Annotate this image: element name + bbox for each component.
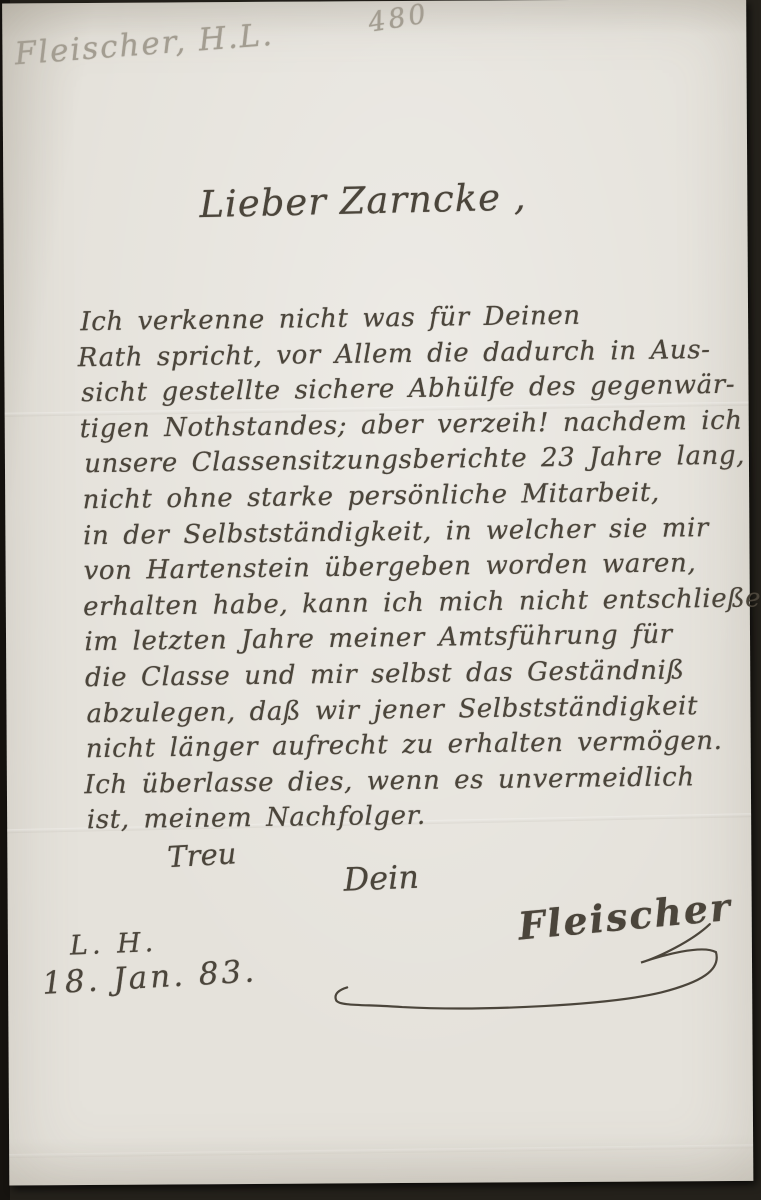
letter-body: Ich verkenne nicht was für Deinen Rath s… <box>80 297 735 839</box>
letter-paper: Fleischer, H.L. 480 Lieber Zarncke , Ich… <box>2 0 753 1185</box>
salutation: Lieber Zarncke , <box>199 175 527 226</box>
signature-flourish <box>320 881 751 1024</box>
pencil-owner-annotation: Fleischer, H.L. <box>13 17 275 73</box>
pencil-folio-number: 480 <box>366 0 431 39</box>
closing-valediction: Treu <box>166 836 237 874</box>
scan-background: { "scan": { "background_color": "#24211b… <box>0 0 761 1200</box>
body-line: ist, meinem Nachfolger. <box>87 795 735 839</box>
dateline-place: L. H. <box>69 927 157 962</box>
paper-crease-bottom <box>9 1144 753 1158</box>
